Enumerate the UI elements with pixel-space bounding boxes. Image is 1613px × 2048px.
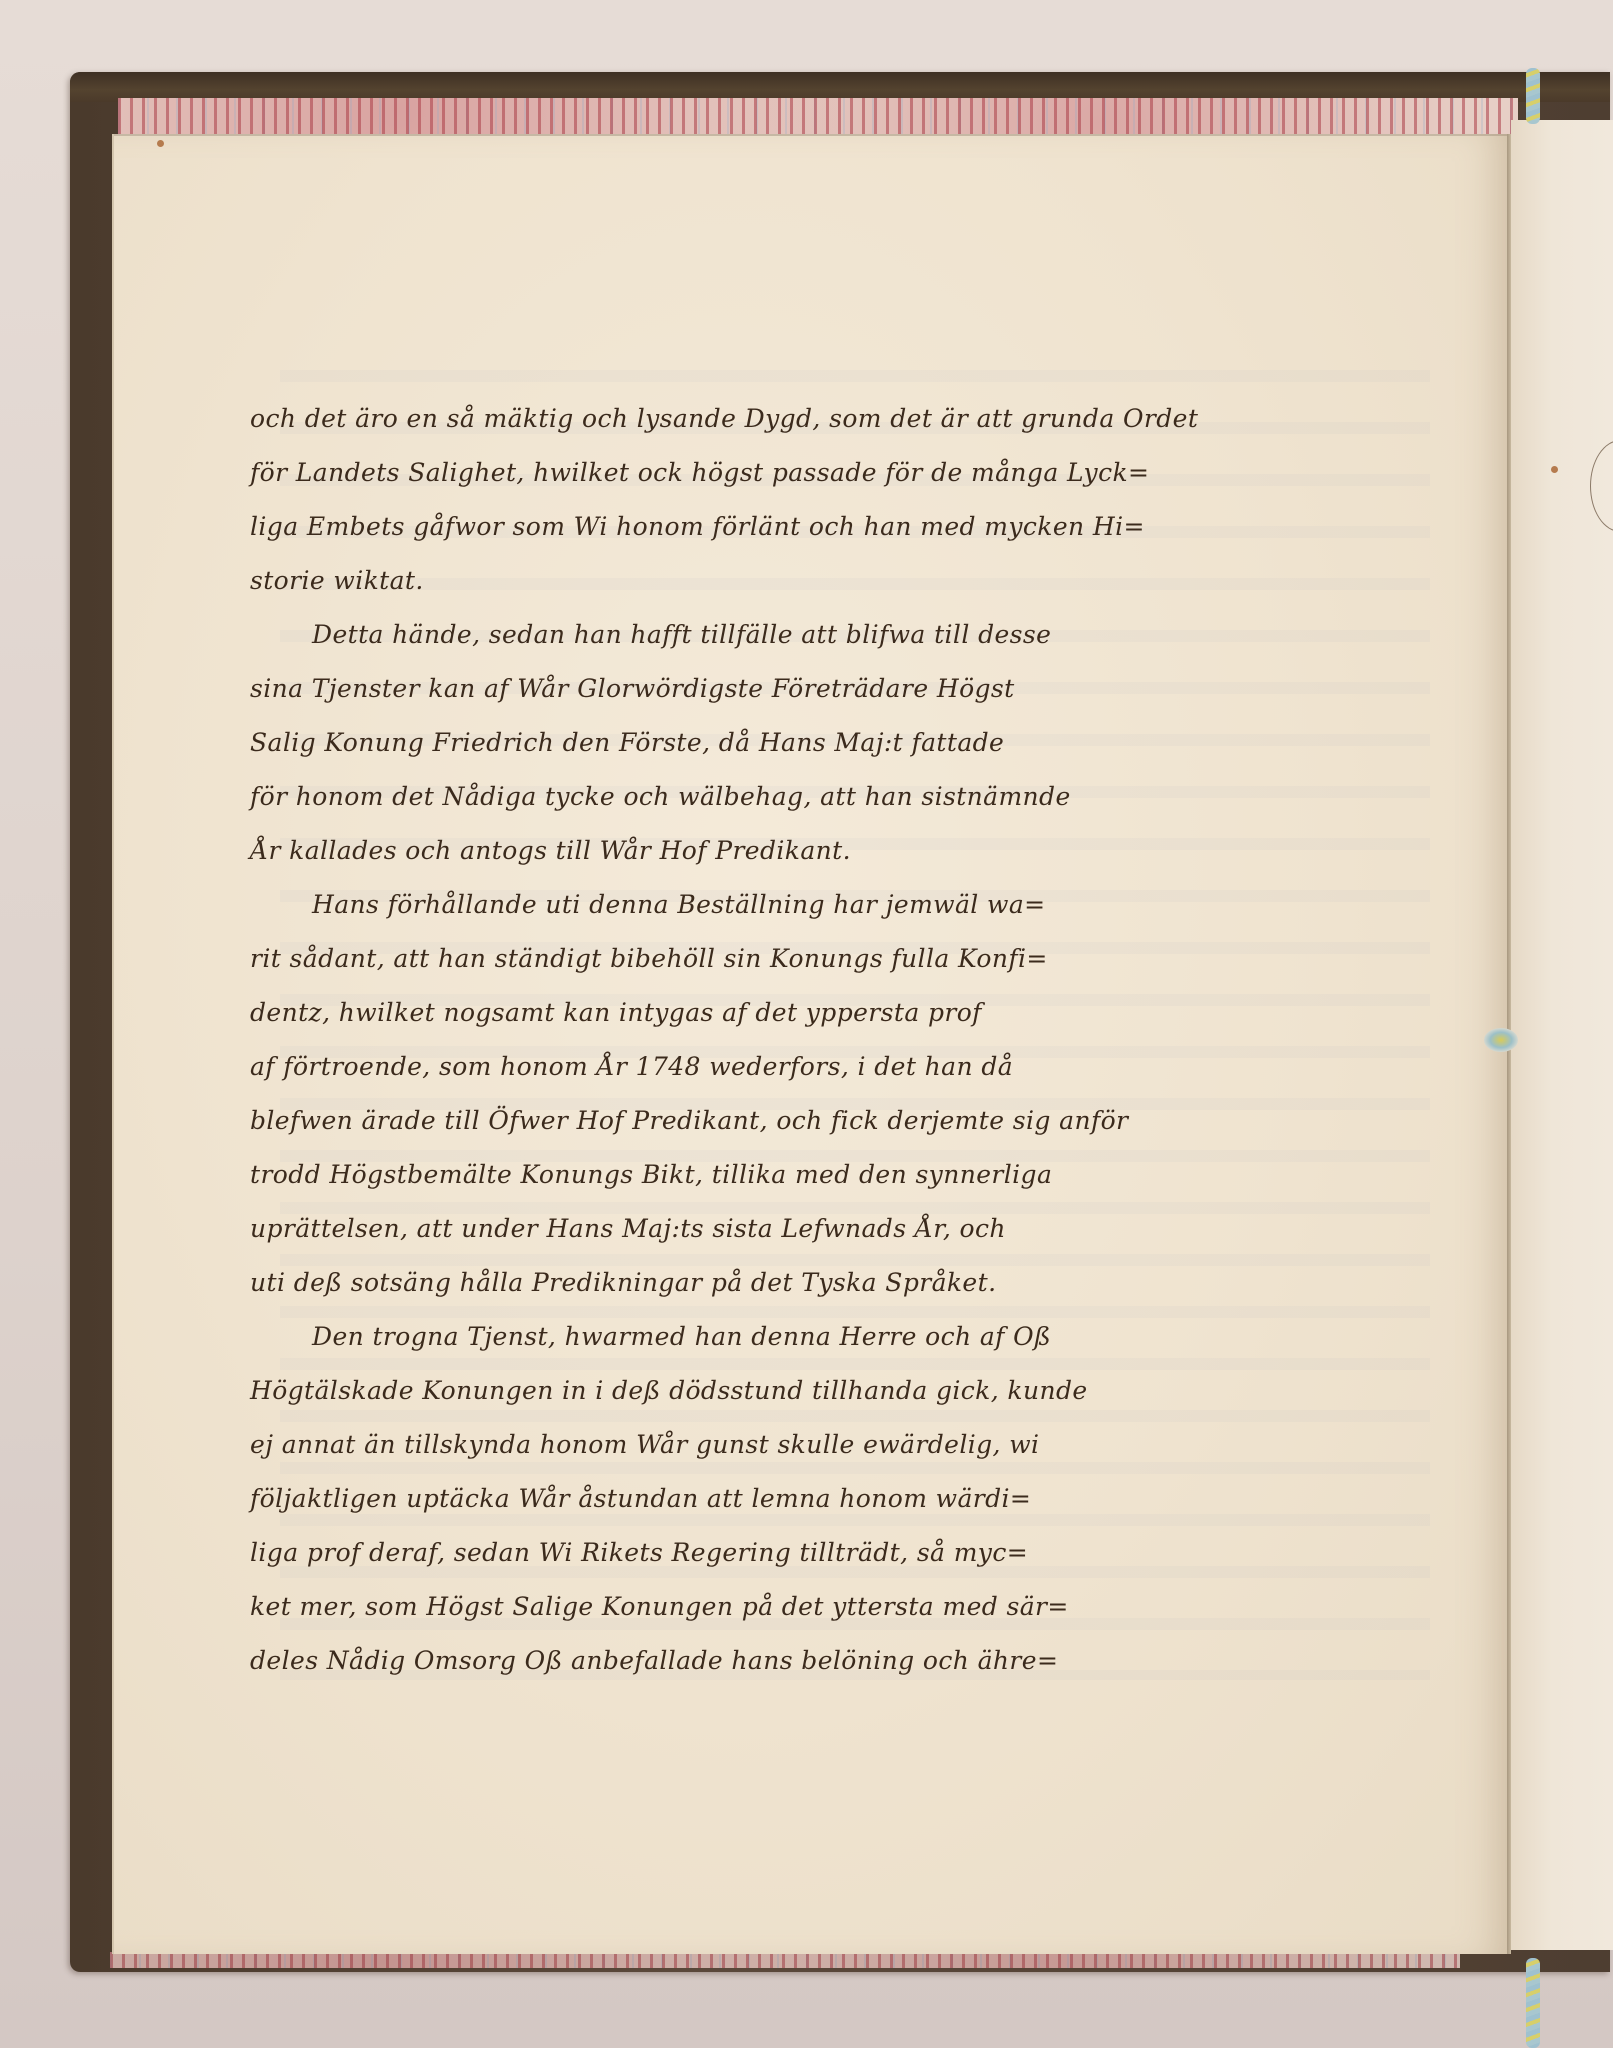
marbled-endpaper-top (118, 98, 1518, 134)
text-line: liga prof deraf, sedan Wi Rikets Regerin… (250, 1526, 1430, 1580)
right-page (1511, 120, 1613, 1950)
text-line: År kallades och antogs till Wår Hof Pred… (250, 824, 1430, 878)
text-line: följaktligen uptäcka Wår åstundan att le… (250, 1472, 1430, 1526)
text-line: för honom det Nådiga tycke och wälbehag,… (250, 770, 1430, 824)
text-line: blefwen ärade till Öfwer Hof Predikant, … (250, 1094, 1430, 1148)
text-line: Den trogna Tjenst, hwarmed han denna Her… (250, 1310, 1430, 1364)
text-line: af förtroende, som honom År 1748 wederfo… (250, 1040, 1430, 1094)
text-line: ej annat än tillskynda honom Wår gunst s… (250, 1418, 1430, 1472)
text-line: och det äro en så mäktig och lysande Dyg… (250, 392, 1430, 446)
text-line: deles Nådig Omsorg Oß anbefallade hans b… (250, 1634, 1430, 1688)
text-line: liga Embets gåfwor som Wi honom förlänt … (250, 500, 1430, 554)
text-line: trodd Högstbemälte Konungs Bikt, tillika… (250, 1148, 1430, 1202)
text-line: Salig Konung Friedrich den Förste, då Ha… (250, 716, 1430, 770)
marbled-endpaper-bottom (110, 1952, 1460, 1968)
text-line: dentz, hwilket nogsamt kan intygas af de… (250, 986, 1430, 1040)
text-line: Detta hände, sedan han hafft tillfälle a… (250, 608, 1430, 662)
foxing-spot (157, 140, 164, 147)
text-line: för Landets Salighet, hwilket ock högst … (250, 446, 1430, 500)
text-line: Hans förhållande uti denna Beställning h… (250, 878, 1430, 932)
text-line: ket mer, som Högst Salige Konungen på de… (250, 1580, 1430, 1634)
sewing-knot (1484, 1028, 1518, 1052)
text-line: uprättelsen, att under Hans Maj:ts sista… (250, 1202, 1430, 1256)
text-line: sina Tjenster kan af Wår Glorwördigste F… (250, 662, 1430, 716)
foxing-spot (1551, 466, 1558, 473)
text-line: Högtälskade Konungen in i deß dödsstund … (250, 1364, 1430, 1418)
text-line: rit sådant, att han ständigt bibehöll si… (250, 932, 1430, 986)
text-line: storie wiktat. (250, 554, 1430, 608)
text-line: uti deß sotsäng hålla Predikningar på de… (250, 1256, 1430, 1310)
manuscript-text: och det äro en så mäktig och lysande Dyg… (250, 392, 1430, 1688)
headband-thread-top (1526, 68, 1540, 124)
bookmark-ribbon (1526, 1958, 1540, 2048)
